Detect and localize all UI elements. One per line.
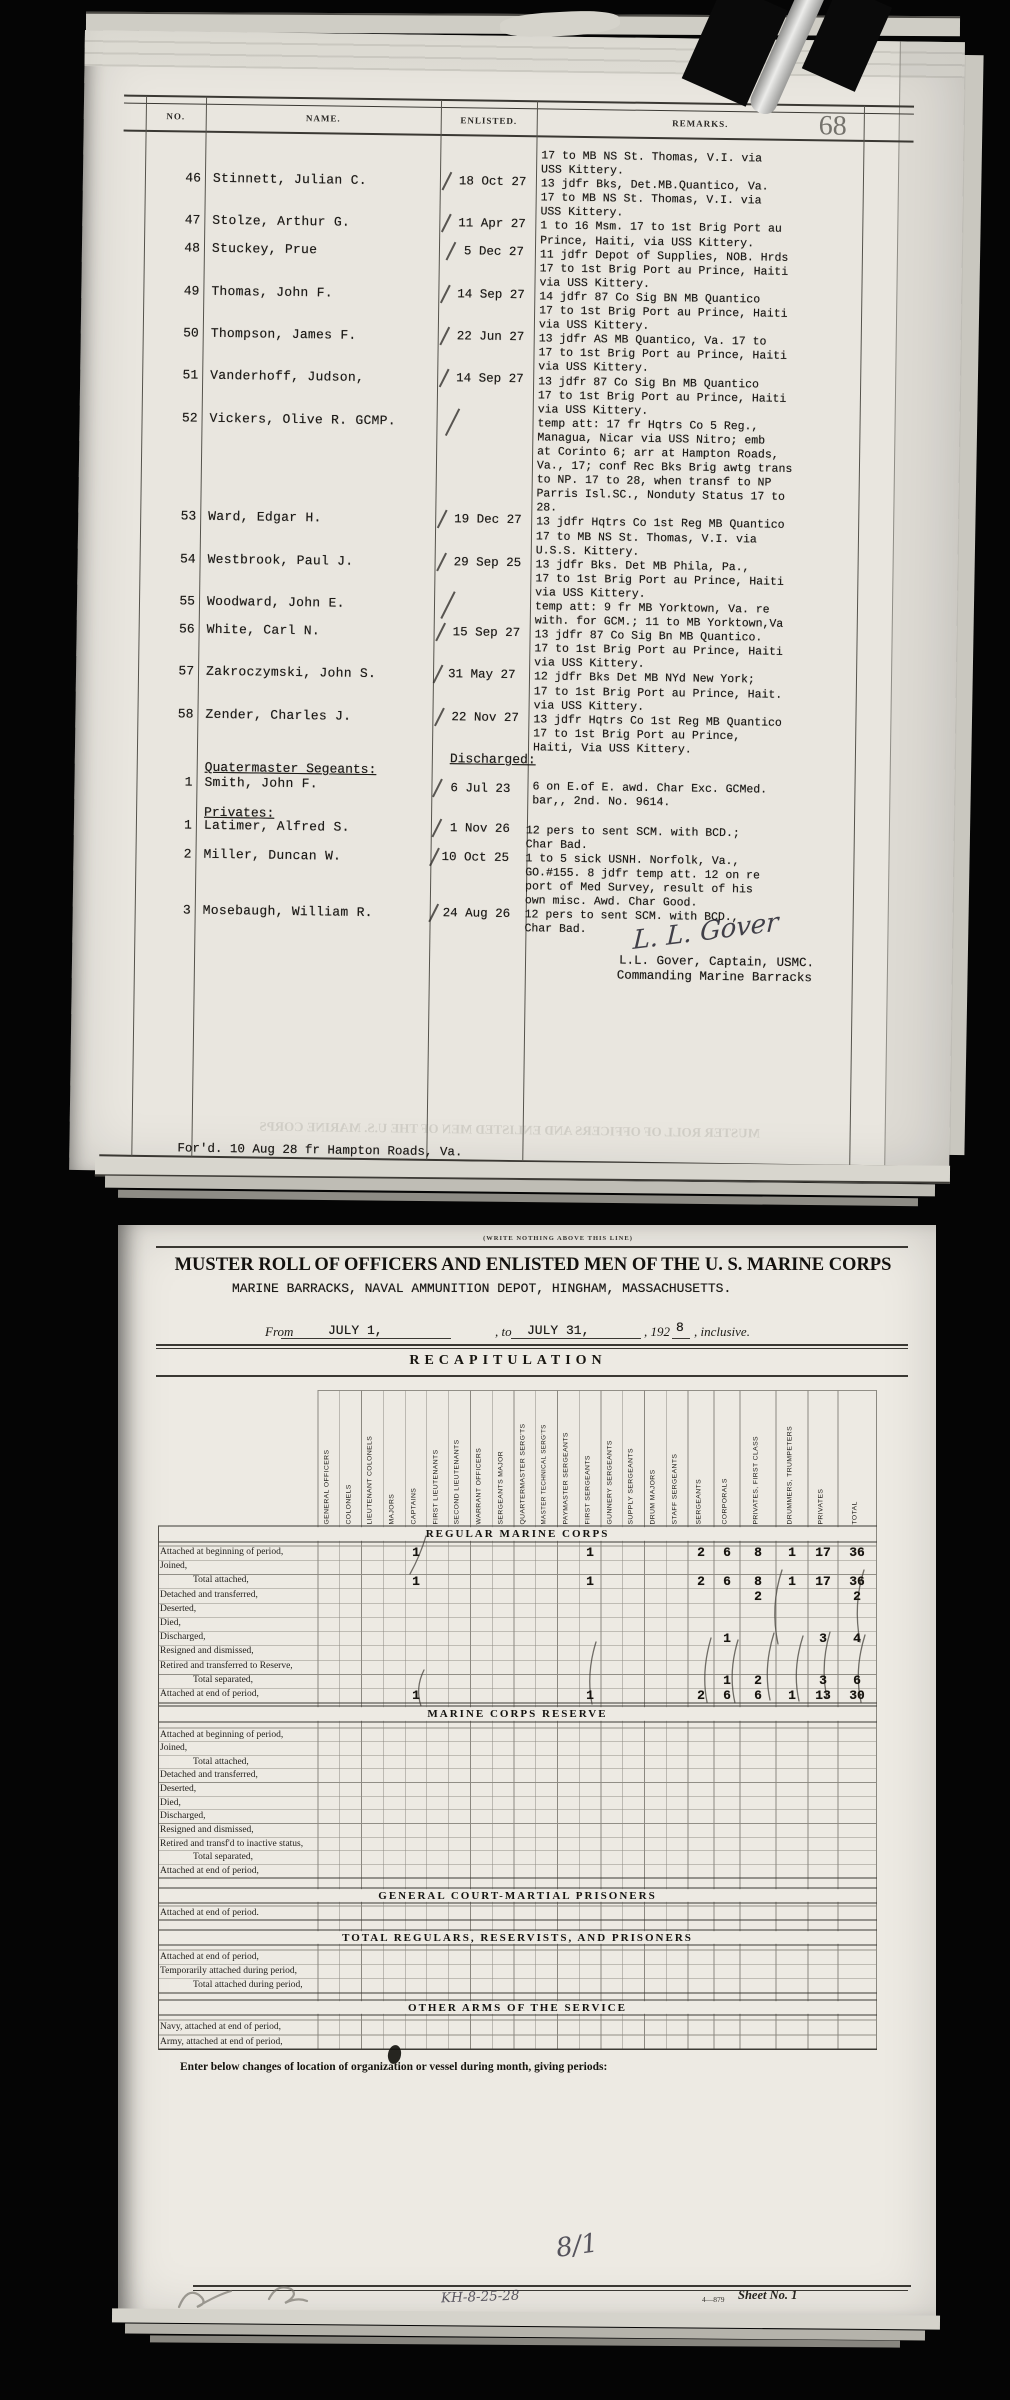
cell-value: 17 (808, 1574, 838, 1589)
row-label: Discharged, (160, 1811, 205, 1821)
cell-value: 2 (842, 1589, 872, 1604)
roster-name: Mosebaugh, William R. (203, 903, 373, 920)
col-header-paymaster-sergeants: PAYMASTER SERGEANTS (563, 1395, 574, 1525)
recap-grid (158, 1390, 877, 2050)
rule (156, 1246, 908, 1248)
cell-value: 17 (808, 1545, 838, 1560)
col-header-privates: PRIVATES (818, 1395, 829, 1525)
col-header-drummers-trumpeters: DRUMMERS, TRUMPETERS (787, 1395, 798, 1525)
cell-value: 1 (712, 1631, 742, 1646)
section-band-other-arms: OTHER ARMS OF THE SERVICE (158, 2002, 877, 2014)
roster-name: Vanderhoff, Judson, (210, 368, 364, 385)
check-mark (439, 369, 450, 388)
column-line (131, 96, 147, 1156)
col-header-first-lieutenants: FIRST LIEUTENANTS (433, 1395, 444, 1525)
row-label: Retired and transf'd to inactive status, (160, 1839, 303, 1849)
rule (156, 1344, 908, 1346)
check-mark (433, 665, 444, 684)
col-header-quartermaster-sergts: QUARTERMASTER SERG'TS (520, 1395, 531, 1525)
cell-value: 13 (808, 1688, 838, 1703)
col-header-general-officers: GENERAL OFFICERS (324, 1395, 335, 1525)
cell-value: 1 (401, 1574, 431, 1589)
row-label: Died, (160, 1618, 181, 1628)
row-label: Died, (160, 1798, 181, 1808)
row-label: Detached and transferred, (160, 1770, 258, 1780)
roster-no: 58 (163, 706, 193, 721)
row-label: Retired and transferred to Reserve, (160, 1661, 293, 1671)
roster-enlisted-date: 6 Jul 23 (450, 781, 510, 796)
cell-value: 2 (743, 1589, 773, 1604)
section-band-regular: REGULAR MARINE CORPS (158, 1528, 877, 1540)
cell-value: 6 (842, 1673, 872, 1688)
cell-value: 6 (712, 1574, 742, 1589)
discharged-label: Discharged: (450, 751, 536, 767)
section-band-totals: TOTAL REGULARS, RESERVISTS, AND PRISONER… (158, 1932, 877, 1944)
roster-enlisted-date: 5 Dec 27 (464, 244, 524, 259)
check-mark (432, 779, 443, 798)
roster-enlisted-date: 15 Sep 27 (453, 625, 521, 640)
row-label: Total attached, (193, 1575, 249, 1585)
roster-no: 51 (168, 367, 198, 382)
rule (156, 1375, 908, 1377)
roster-name: Stinnett, Julian C. (213, 171, 367, 188)
to-label: , to (495, 1324, 512, 1340)
blank-underline (281, 1338, 451, 1339)
check-mark (439, 327, 450, 346)
page-recapitulation: (WRITE NOTHING ABOVE THIS LINE) MUSTER R… (118, 1225, 936, 2318)
roster-enlisted-date: 22 Jun 27 (457, 329, 525, 344)
col-header-total: TOTAL (852, 1395, 863, 1525)
row-label: Joined, (160, 1743, 187, 1753)
col-header-warrant-officers: WARRANT OFFICERS (476, 1395, 487, 1525)
row-label: Attached at end of period. (160, 1908, 259, 1918)
form-number: 4—879 (702, 2295, 725, 2304)
cell-value: 1 (401, 1688, 431, 1703)
cell-value: 1 (401, 1545, 431, 1560)
roster-no: 55 (165, 593, 195, 608)
row-label: Deserted, (160, 1784, 196, 1794)
roster-enlisted-date: 10 Oct 25 (441, 850, 509, 865)
rule (124, 130, 914, 143)
check-mark (440, 591, 455, 619)
inclusive-label: , inclusive. (694, 1324, 750, 1340)
cell-value: 1 (575, 1545, 605, 1560)
cell-value: 3 (808, 1673, 838, 1688)
roster-name: Zakroczymski, John S. (206, 664, 376, 681)
row-label: Total separated, (193, 1852, 253, 1862)
roster-no: 48 (170, 240, 200, 255)
row-label: Total attached, (193, 1757, 249, 1767)
roster-no: 3 (161, 902, 191, 917)
col-header-no: NO. (146, 111, 206, 122)
roster-no: 2 (161, 846, 191, 861)
col-header-enlisted: ENLISTED. (441, 115, 537, 126)
check-mark (440, 285, 451, 304)
cell-value: 1 (575, 1688, 605, 1703)
signature-title: Commanding Marine Barracks (617, 969, 812, 986)
col-header-first-sergeants: FIRST SERGEANTS (585, 1395, 596, 1525)
cell-value: 8 (743, 1545, 773, 1560)
row-label: Discharged, (160, 1632, 205, 1642)
row-label: Attached at end of period, (160, 1689, 259, 1699)
row-label: Attached at end of period, (160, 1866, 259, 1876)
cell-value: 1 (777, 1545, 807, 1560)
roster-name: Smith, John F. (204, 775, 318, 792)
col-header-gunnery-sergeants: GUNNERY SERGEANTS (607, 1395, 618, 1525)
row-label: Attached at beginning of period, (160, 1730, 283, 1740)
roster-enlisted-date: 14 Sep 27 (457, 287, 525, 302)
roster-enlisted-date: 31 May 27 (448, 667, 516, 682)
roster-name: Miller, Duncan W. (203, 847, 341, 864)
roster-no: 50 (169, 325, 199, 340)
row-label: Resigned and dismissed, (160, 1646, 254, 1656)
col-header-supply-sergeants: SUPPLY SERGEANTS (628, 1395, 639, 1525)
col-header-sergeants: SERGEANTS (696, 1395, 707, 1525)
roster-enlisted-date: 1 Nov 26 (450, 821, 510, 836)
roster-no: 57 (164, 663, 194, 678)
row-label: Total separated, (193, 1675, 253, 1685)
roster-enlisted-date: 24 Aug 26 (443, 906, 511, 921)
roster-no: 52 (167, 410, 197, 425)
check-mark (435, 623, 446, 642)
col-header-staff-sergeants: STAFF SERGEANTS (672, 1395, 683, 1525)
roster-name: White, Carl N. (207, 622, 321, 639)
roster-name: Woodward, John E. (207, 594, 345, 611)
rule (124, 95, 914, 108)
roster-no: 47 (170, 212, 200, 227)
check-mark (442, 172, 453, 191)
cell-value: 1 (777, 1688, 807, 1703)
roster-enlisted-date: 11 Apr 27 (458, 216, 526, 231)
section-band-reserve: MARINE CORPS RESERVE (158, 1708, 877, 1720)
roster-name: Thompson, James F. (211, 326, 357, 343)
sheet-number: Sheet No. 1 (738, 2288, 797, 2303)
col-header-privates-first-class: PRIVATES, FIRST CLASS (753, 1395, 764, 1525)
check-mark (434, 708, 445, 727)
cell-value: 4 (842, 1631, 872, 1646)
roster-name: Thomas, John F. (211, 284, 333, 301)
signature-name: L.L. Gover, Captain, USMC. (619, 954, 814, 971)
write-nothing-note: (WRITE NOTHING ABOVE THIS LINE) (358, 1235, 758, 1242)
check-mark (445, 408, 460, 436)
cell-value: 36 (842, 1574, 872, 1589)
row-label: Temporarily attached during period, (160, 1966, 297, 1976)
col-header-remarks: REMARKS. (537, 116, 864, 131)
col-header-master-technical-sergts: MASTER TECHNICAL SERG'TS (541, 1395, 552, 1525)
roster-enlisted-date: 18 Oct 27 (459, 174, 527, 189)
roster-enlisted-date: 19 Dec 27 (454, 512, 522, 527)
handwritten-date: 8/1 (554, 2228, 600, 2264)
rule (156, 1348, 908, 1349)
cell-value: 8 (743, 1574, 773, 1589)
roster-name: Stolze, Arthur G. (212, 213, 350, 230)
form-subtitle: MARINE BARRACKS, NAVAL AMMUNITION DEPOT,… (232, 1281, 731, 1296)
roster-name: Westbrook, Paul J. (208, 552, 354, 569)
cell-value: 6 (712, 1545, 742, 1560)
cell-value: 1 (575, 1574, 605, 1589)
cell-value: 2 (743, 1673, 773, 1688)
year-value: 8 (676, 1320, 684, 1335)
roster-no: 54 (166, 551, 196, 566)
roster-no: 56 (165, 621, 195, 636)
form-title: MUSTER ROLL OF OFFICERS AND ENLISTED MEN… (158, 1255, 908, 1276)
col-header-drum-majors: DRUM MAJORS (650, 1395, 661, 1525)
handwritten-note: KH-8-25-28 (441, 2288, 520, 2307)
year-label: , 192 (644, 1324, 670, 1340)
cell-value: 30 (842, 1688, 872, 1703)
check-mark (431, 819, 442, 838)
row-label: Attached at end of period, (160, 1952, 259, 1962)
bleedthrough-title: MUSTER ROLL OF OFFICERS AND ENLISTED MEN… (200, 1118, 820, 1143)
roster-no: 49 (169, 283, 199, 298)
roster-enlisted-date: 22 Nov 27 (451, 710, 519, 725)
check-mark (436, 553, 447, 572)
col-header-second-lieutenants: SECOND LIEUTENANTS (454, 1395, 465, 1525)
col-header-corporals: CORPORALS (722, 1395, 733, 1525)
blank-underline (672, 1338, 690, 1339)
page-roster: NO. NAME. ENLISTED. REMARKS. 68 46 Stinn… (69, 30, 965, 1182)
row-label: Resigned and dismissed, (160, 1825, 254, 1835)
check-mark (441, 214, 452, 233)
pen-strokes (410, 1536, 877, 1706)
check-mark (437, 510, 448, 529)
section-band-gcm: GENERAL COURT-MARTIAL PRISONERS (158, 1890, 877, 1902)
roster-name: Zender, Charles J. (205, 707, 351, 724)
col-header-captains: CAPTAINS (411, 1395, 422, 1525)
roster-no: 46 (171, 170, 201, 185)
row-label: Army, attached at end of period, (160, 2037, 283, 2047)
roster-name: Stuckey, Prue (212, 241, 318, 257)
remarks-column-text: 17 to MB NS St. Thomas, V.I. via USS Kit… (533, 149, 867, 760)
col-header-name: NAME. (206, 112, 441, 125)
row-label: Attached at beginning of period, (160, 1547, 283, 1557)
cell-value: 1 (777, 1574, 807, 1589)
row-label: Detached and transferred, (160, 1590, 258, 1600)
cell-value: 6 (712, 1688, 742, 1703)
roster-name: Vickers, Olive R. GCMP. (209, 411, 396, 429)
cell-value: 6 (743, 1688, 773, 1703)
row-label: Deserted, (160, 1604, 196, 1614)
col-header-sergeants-major: SERGEANTS MAJOR (498, 1395, 509, 1525)
row-label: Joined, (160, 1561, 187, 1571)
roster-no: 53 (166, 508, 196, 523)
col-header-majors: MAJORS (389, 1395, 400, 1525)
roster-enlisted-date: 14 Sep 27 (456, 371, 524, 386)
discharged-remarks: 6 on E.of E. awd. Char Exc. GCMed. bar,,… (532, 780, 858, 813)
roster-name: Ward, Edgar H. (208, 509, 322, 526)
cell-value: 36 (842, 1545, 872, 1560)
cell-value: 3 (808, 1631, 838, 1646)
recapitulation-title: RECAPITULATION (368, 1353, 648, 1369)
cell-value: 1 (712, 1673, 742, 1688)
row-label: Total attached during period, (193, 1980, 303, 1990)
roster-enlisted-date: 29 Sep 25 (454, 555, 522, 570)
check-mark (446, 242, 457, 261)
to-value: JULY 31, (527, 1323, 589, 1338)
from-value: JULY 1, (328, 1323, 383, 1338)
blank-underline (511, 1338, 641, 1339)
roster-name: Latimer, Alfred S. (204, 818, 350, 835)
roster-no: 1 (162, 774, 192, 789)
page-number: 68 (819, 110, 847, 142)
col-header-lieutenant-colonels: LIEUTENANT COLONELS (367, 1395, 378, 1525)
col-header-colonels: COLONELS (346, 1395, 357, 1525)
roster-no: 1 (162, 817, 192, 832)
row-label: Navy, attached at end of period, (160, 2022, 281, 2032)
